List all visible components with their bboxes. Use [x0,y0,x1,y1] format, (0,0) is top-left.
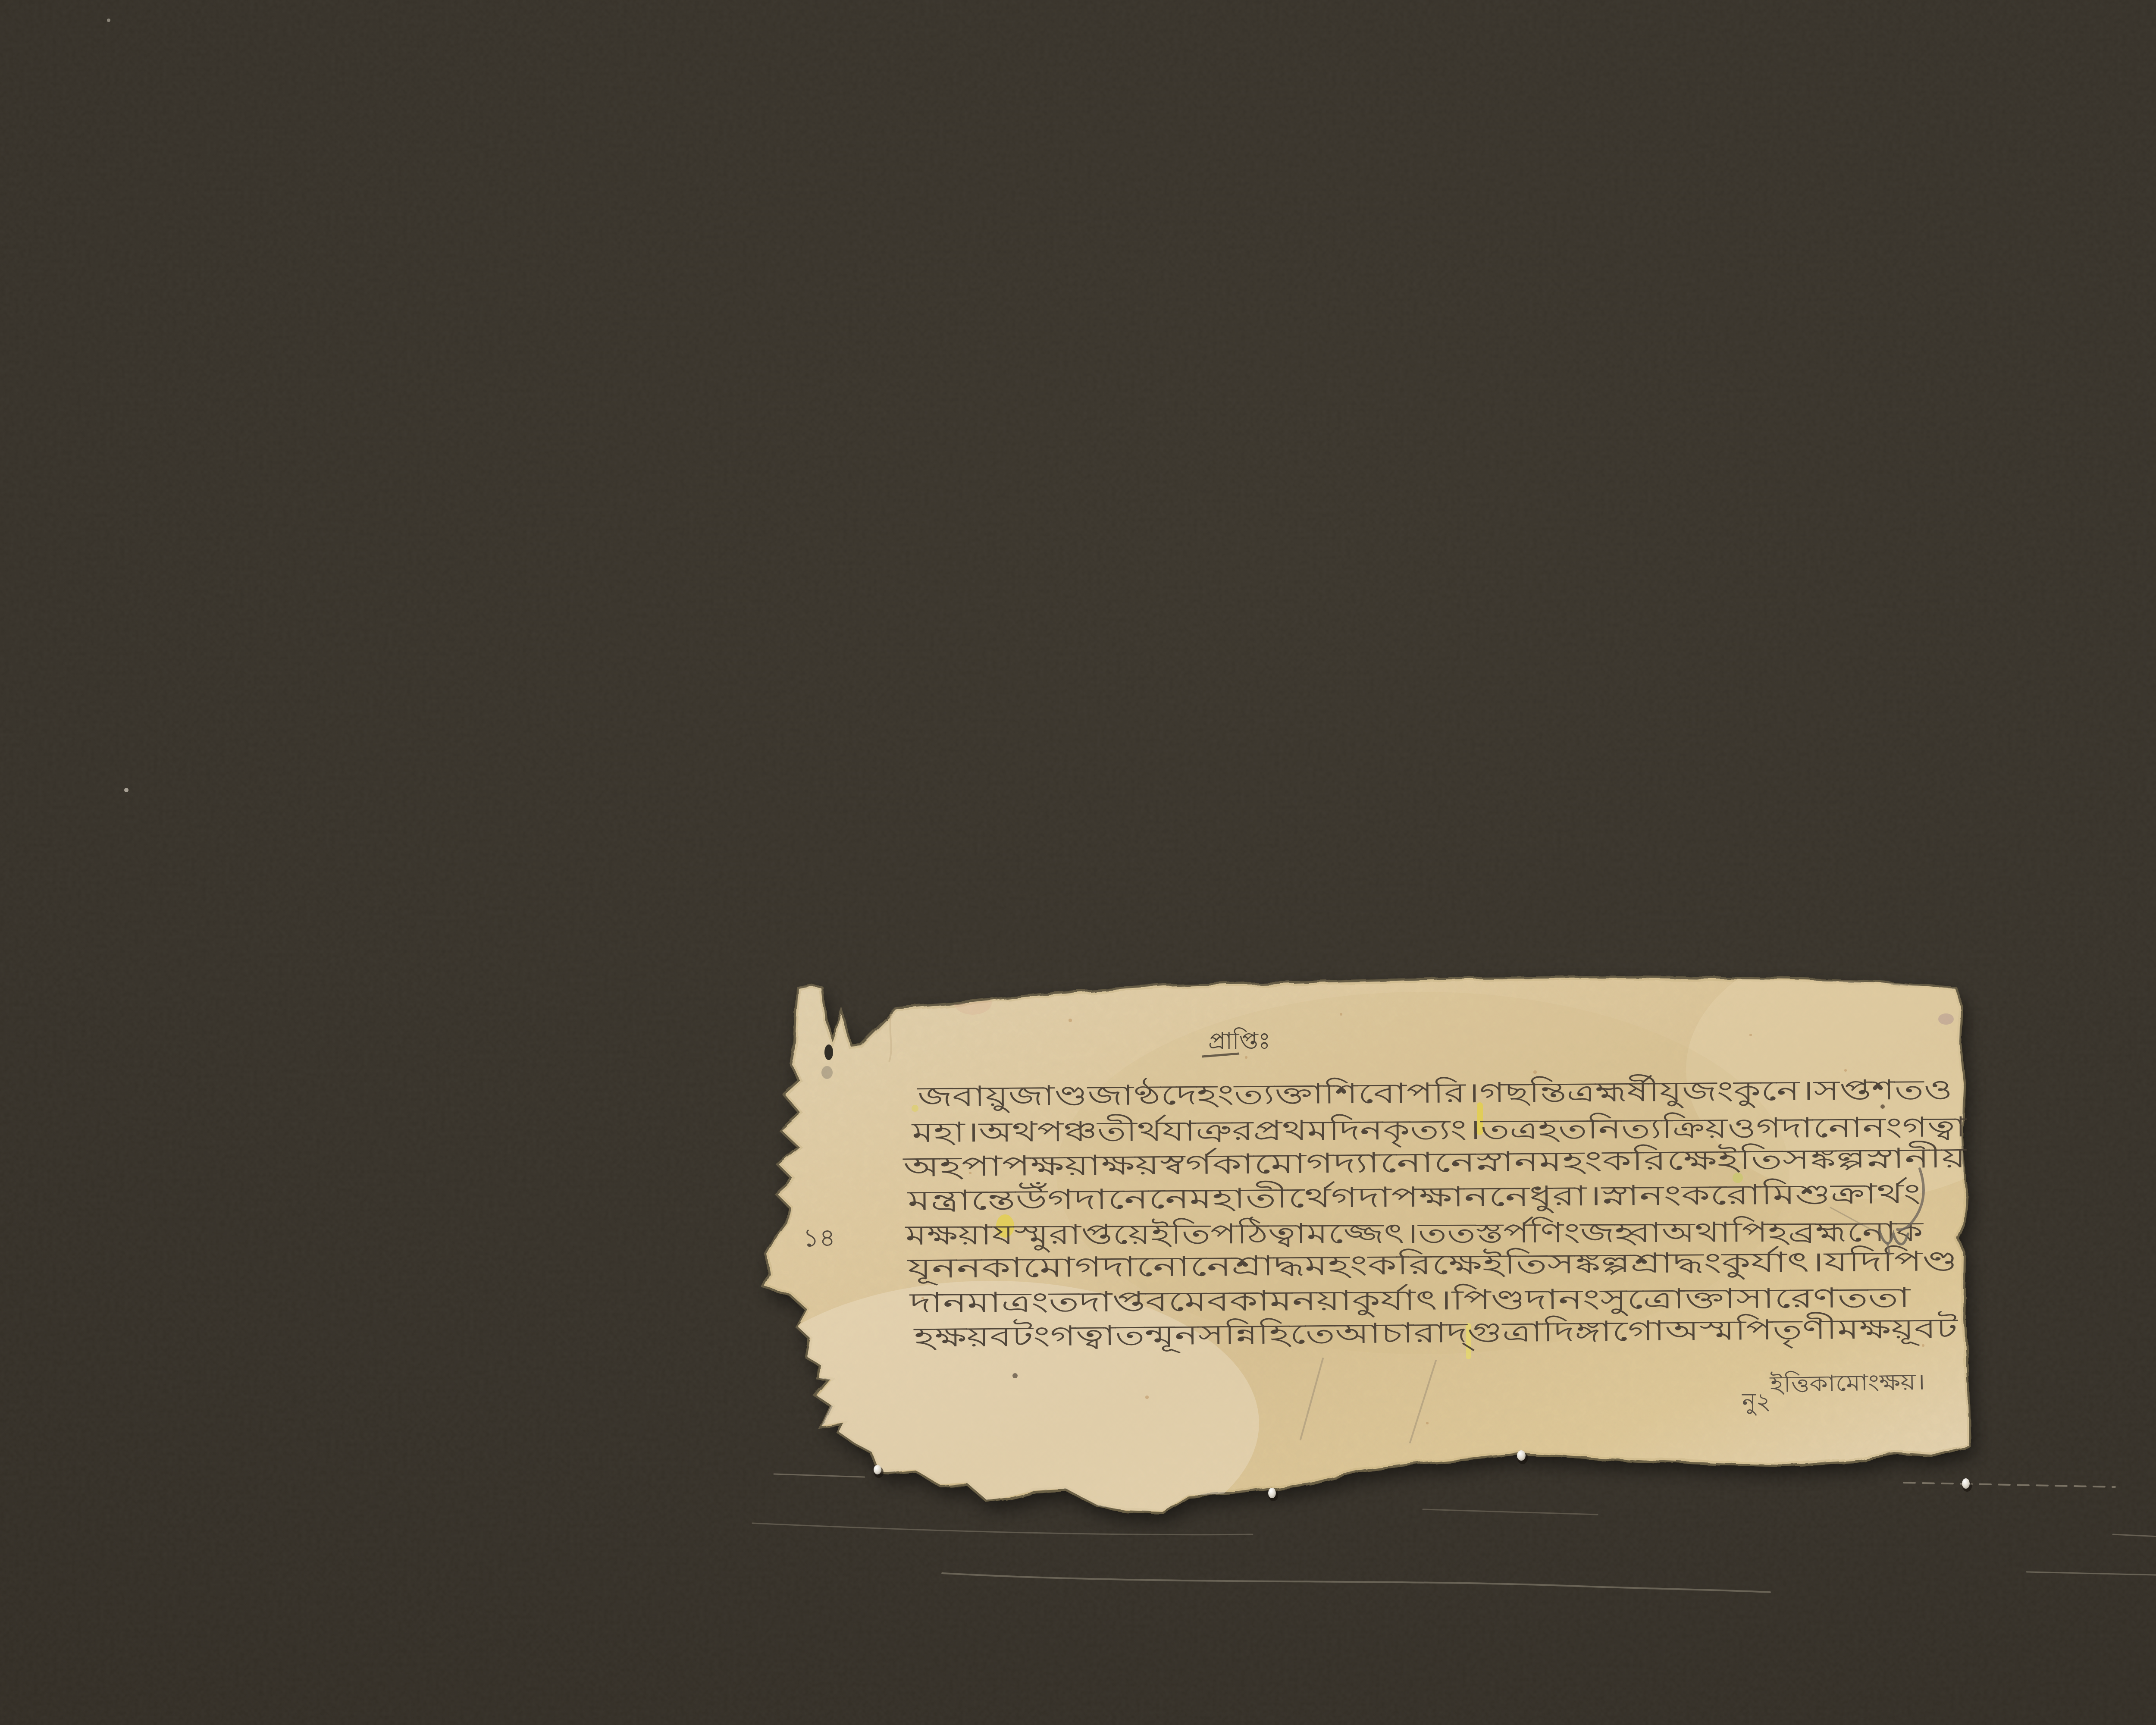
page-number: ১৪ [803,1223,835,1252]
colophon-text: ইত্তিকামোংক্ষয়। [1769,1369,1925,1398]
ink-smudge [821,1066,833,1079]
colophon-note: নু২ [1742,1388,1771,1416]
photograph: প্রাপ্তিঃ জবায়ুজাণ্ডজাণ্ঠদেহংত্যক্তাশিব… [0,0,2156,1725]
ink-dot [1012,1373,1018,1378]
manuscript-photo-canvas: প্রাপ্তিঃ জবায়ুজাণ্ডজাণ্ঠদেহংত্যক্তাশিব… [0,0,2156,1725]
paper-hole [824,1044,833,1060]
stain [1938,1013,1954,1025]
section-header-text: প্রাপ্তিঃ [1208,1027,1271,1054]
